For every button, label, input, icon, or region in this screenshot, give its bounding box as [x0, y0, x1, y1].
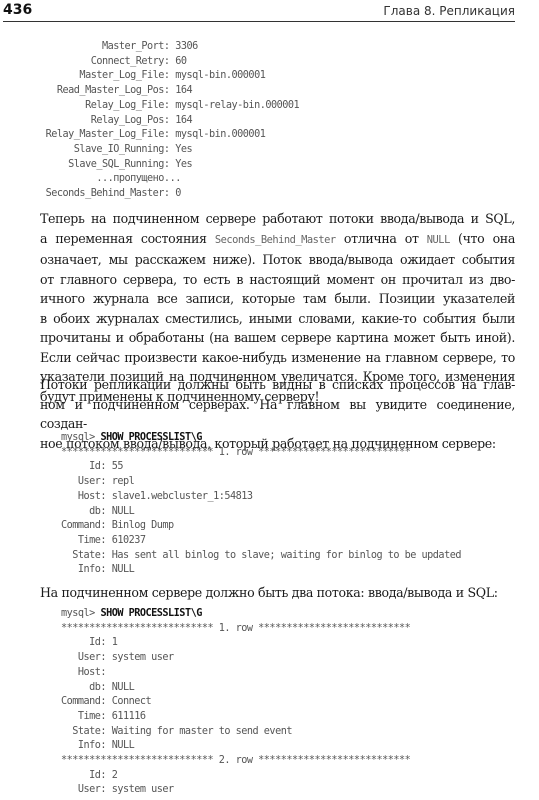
code-line: Info: NULL — [61, 739, 410, 754]
text-line: ном и подчиненном серверах. На главном в… — [40, 395, 515, 434]
code-line: Read_Master_Log_Pos: 164 — [40, 84, 299, 99]
code-line: Host: slave1.webcluster_1:54813 — [61, 490, 461, 505]
text-line: На подчиненном сервере должно быть два п… — [40, 583, 515, 603]
text-run: Потоки репликации должны быть видны в сп… — [40, 377, 515, 392]
text-run: ичного журнала все записи, которые там б… — [40, 291, 515, 306]
master-processlist-code-block: mysql> SHOW PROCESSLIST\G***************… — [61, 431, 461, 578]
text-line: Потоки репликации должны быть видны в сп… — [40, 375, 515, 395]
code-line: User: system user — [61, 651, 410, 666]
text-run: Если сейчас произвести какое-нибудь изме… — [40, 350, 515, 365]
page-number: 436 — [3, 1, 32, 19]
text-line: а переменная состояния Seconds_Behind_Ma… — [40, 229, 515, 251]
code-line: User: repl — [61, 475, 461, 490]
text-run: прочитаны и обработаны (на вашем сервере… — [40, 330, 515, 345]
slave-processlist-code-block: mysql> SHOW PROCESSLIST\G***************… — [61, 607, 410, 798]
code-line: Slave_IO_Running: Yes — [40, 143, 299, 158]
code-line: Slave_SQL_Running: Yes — [40, 158, 299, 173]
code-line: ...пропущено... — [40, 172, 299, 187]
text-run: отлична от — [336, 231, 427, 246]
text-line: Теперь на подчиненном сервере работают п… — [40, 209, 515, 229]
mysql-prompt: mysql> — [61, 608, 100, 619]
body-paragraph-3: На подчиненном сервере должно быть два п… — [40, 583, 515, 603]
code-line: Connect_Retry: 60 — [40, 55, 299, 70]
text-run: в обоих журналах сместились, иными слова… — [40, 311, 515, 326]
sql-command: SHOW PROCESSLIST\G — [100, 608, 201, 619]
text-line: Если сейчас произвести какое-нибудь изме… — [40, 348, 515, 368]
text-line: прочитаны и обработаны (на вашем сервере… — [40, 328, 515, 348]
text-run: ном и подчиненном серверах. На главном в… — [40, 397, 515, 432]
code-line: Relay_Log_File: mysql-relay-bin.000001 — [40, 99, 299, 114]
code-line: Id: 55 — [61, 460, 461, 475]
inline-code: NULL — [427, 234, 450, 246]
code-line: Info: NULL — [61, 563, 461, 578]
code-line: User: system user — [61, 783, 410, 798]
code-line: Command: Connect — [61, 695, 410, 710]
code-line: Host: — [61, 666, 410, 681]
slave-status-code-block: Master_Port: 3306 Connect_Retry: 60 Mast… — [40, 40, 299, 202]
code-line: *************************** 1. row *****… — [61, 622, 410, 637]
text-run: от главного сервера, то есть в настоящий… — [40, 272, 515, 287]
code-line: db: NULL — [61, 505, 461, 520]
code-line: Command: Binlog Dump — [61, 519, 461, 534]
text-line: от главного сервера, то есть в настоящий… — [40, 270, 515, 290]
mysql-prompt: mysql> — [61, 432, 100, 443]
code-line: Id: 1 — [61, 636, 410, 651]
text-run: означает, мы расскажем ниже). Поток ввод… — [40, 252, 515, 267]
inline-code: Seconds_Behind_Master — [215, 234, 336, 246]
code-line: *************************** 1. row *****… — [61, 446, 461, 461]
chapter-title: Глава 8. Репликация — [383, 2, 515, 20]
code-line: State: Waiting for master to send event — [61, 725, 410, 740]
text-run: (что она — [450, 231, 515, 246]
mysql-prompt-line: mysql> SHOW PROCESSLIST\G — [61, 607, 410, 622]
mysql-prompt-line: mysql> SHOW PROCESSLIST\G — [61, 431, 461, 446]
code-line: db: NULL — [61, 681, 410, 696]
code-line: Master_Port: 3306 — [40, 40, 299, 55]
code-line: Time: 610237 — [61, 534, 461, 549]
text-run: Теперь на подчиненном сервере работают п… — [40, 211, 515, 226]
page-header: 436 Глава 8. Репликация — [3, 1, 515, 22]
text-run: На подчиненном сервере должно быть два п… — [40, 585, 498, 600]
code-line: Master_Log_File: mysql-bin.000001 — [40, 69, 299, 84]
text-line: в обоих журналах сместились, иными слова… — [40, 309, 515, 329]
text-line: ичного журнала все записи, которые там б… — [40, 289, 515, 309]
code-line: *************************** 2. row *****… — [61, 754, 410, 769]
code-line: Time: 611116 — [61, 710, 410, 725]
text-run: а переменная состояния — [40, 231, 215, 246]
code-line: State: Has sent all binlog to slave; wai… — [61, 549, 461, 564]
text-line: означает, мы расскажем ниже). Поток ввод… — [40, 250, 515, 270]
code-line: Seconds_Behind_Master: 0 — [40, 187, 299, 202]
code-line: Relay_Master_Log_File: mysql-bin.000001 — [40, 128, 299, 143]
sql-command: SHOW PROCESSLIST\G — [100, 432, 201, 443]
code-line: Id: 2 — [61, 769, 410, 784]
code-line: Relay_Log_Pos: 164 — [40, 114, 299, 129]
